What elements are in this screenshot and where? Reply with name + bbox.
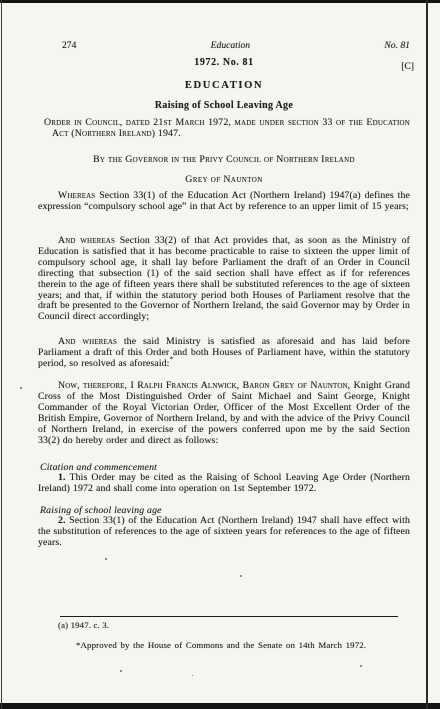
- recital-lead: And whereas: [58, 336, 117, 347]
- scan-speck: [120, 670, 122, 672]
- scan-border-right: [426, 0, 428, 709]
- scan-speck: [360, 665, 362, 667]
- page-number: 274: [38, 40, 76, 51]
- recital-lead: Whereas: [58, 190, 95, 201]
- recital-whereas-2: And whereas Section 33(2) of that Act pr…: [38, 236, 410, 323]
- footnote-rule: [60, 616, 398, 617]
- scan-border-bottom: [0, 703, 440, 709]
- scan-speck: [192, 675, 193, 676]
- section-2: 2. Section 33(1) of the Education Act (N…: [38, 516, 410, 549]
- recital-lead: And whereas: [58, 235, 115, 246]
- signatory-name: Grey of Naunton: [38, 174, 410, 185]
- scan-speck: [20, 387, 22, 389]
- recital-text: Section 33(2) of that Act provides that,…: [38, 235, 410, 322]
- scanned-document-page: 274 Education No. 81 1972. No. 81 [C] ED…: [0, 0, 440, 709]
- corner-classification-mark: [C]: [394, 61, 414, 72]
- scan-border-left: [1, 0, 2, 709]
- recital-whereas-3: And whereas the said Ministry is satisfi…: [38, 337, 410, 370]
- section-1: 1. This Order may be cited as the Raisin…: [38, 473, 410, 495]
- section-text: Section 33(1) of the Education Act (Nort…: [38, 515, 410, 548]
- recital-enacting: Now, therefore, I Ralph Francis Alnwick,…: [38, 381, 410, 446]
- section-number: 2.: [58, 515, 66, 526]
- footnote-approval: *Approved by the House of Commons and th…: [76, 640, 410, 650]
- running-number: No. 81: [384, 40, 410, 51]
- recital-whereas-1: Whereas Section 33(1) of the Education A…: [38, 191, 410, 213]
- subject-title: Raising of School Leaving Age: [38, 100, 410, 111]
- category-title: EDUCATION: [38, 80, 410, 91]
- running-title: Education: [211, 40, 250, 51]
- recital-lead: Now, therefore, I Ralph Francis Alnwick,…: [58, 380, 350, 391]
- footnote-statute-reference: (a) 1947. c. 3.: [58, 620, 398, 630]
- scan-speck: [240, 575, 242, 577]
- section-number: 1.: [58, 472, 66, 483]
- running-header: 274 Education No. 81: [38, 40, 410, 51]
- document-number: 1972. No. 81: [38, 57, 410, 68]
- byline: By the Governor in the Privy Council of …: [38, 154, 410, 165]
- order-caption: Order in Council, dated 21st March 1972,…: [40, 117, 410, 139]
- section-text: This Order may be cited as the Raising o…: [38, 472, 410, 494]
- footnote-marker: *: [170, 356, 174, 364]
- scan-border-top: [0, 0, 440, 3]
- scan-speck: [105, 558, 107, 560]
